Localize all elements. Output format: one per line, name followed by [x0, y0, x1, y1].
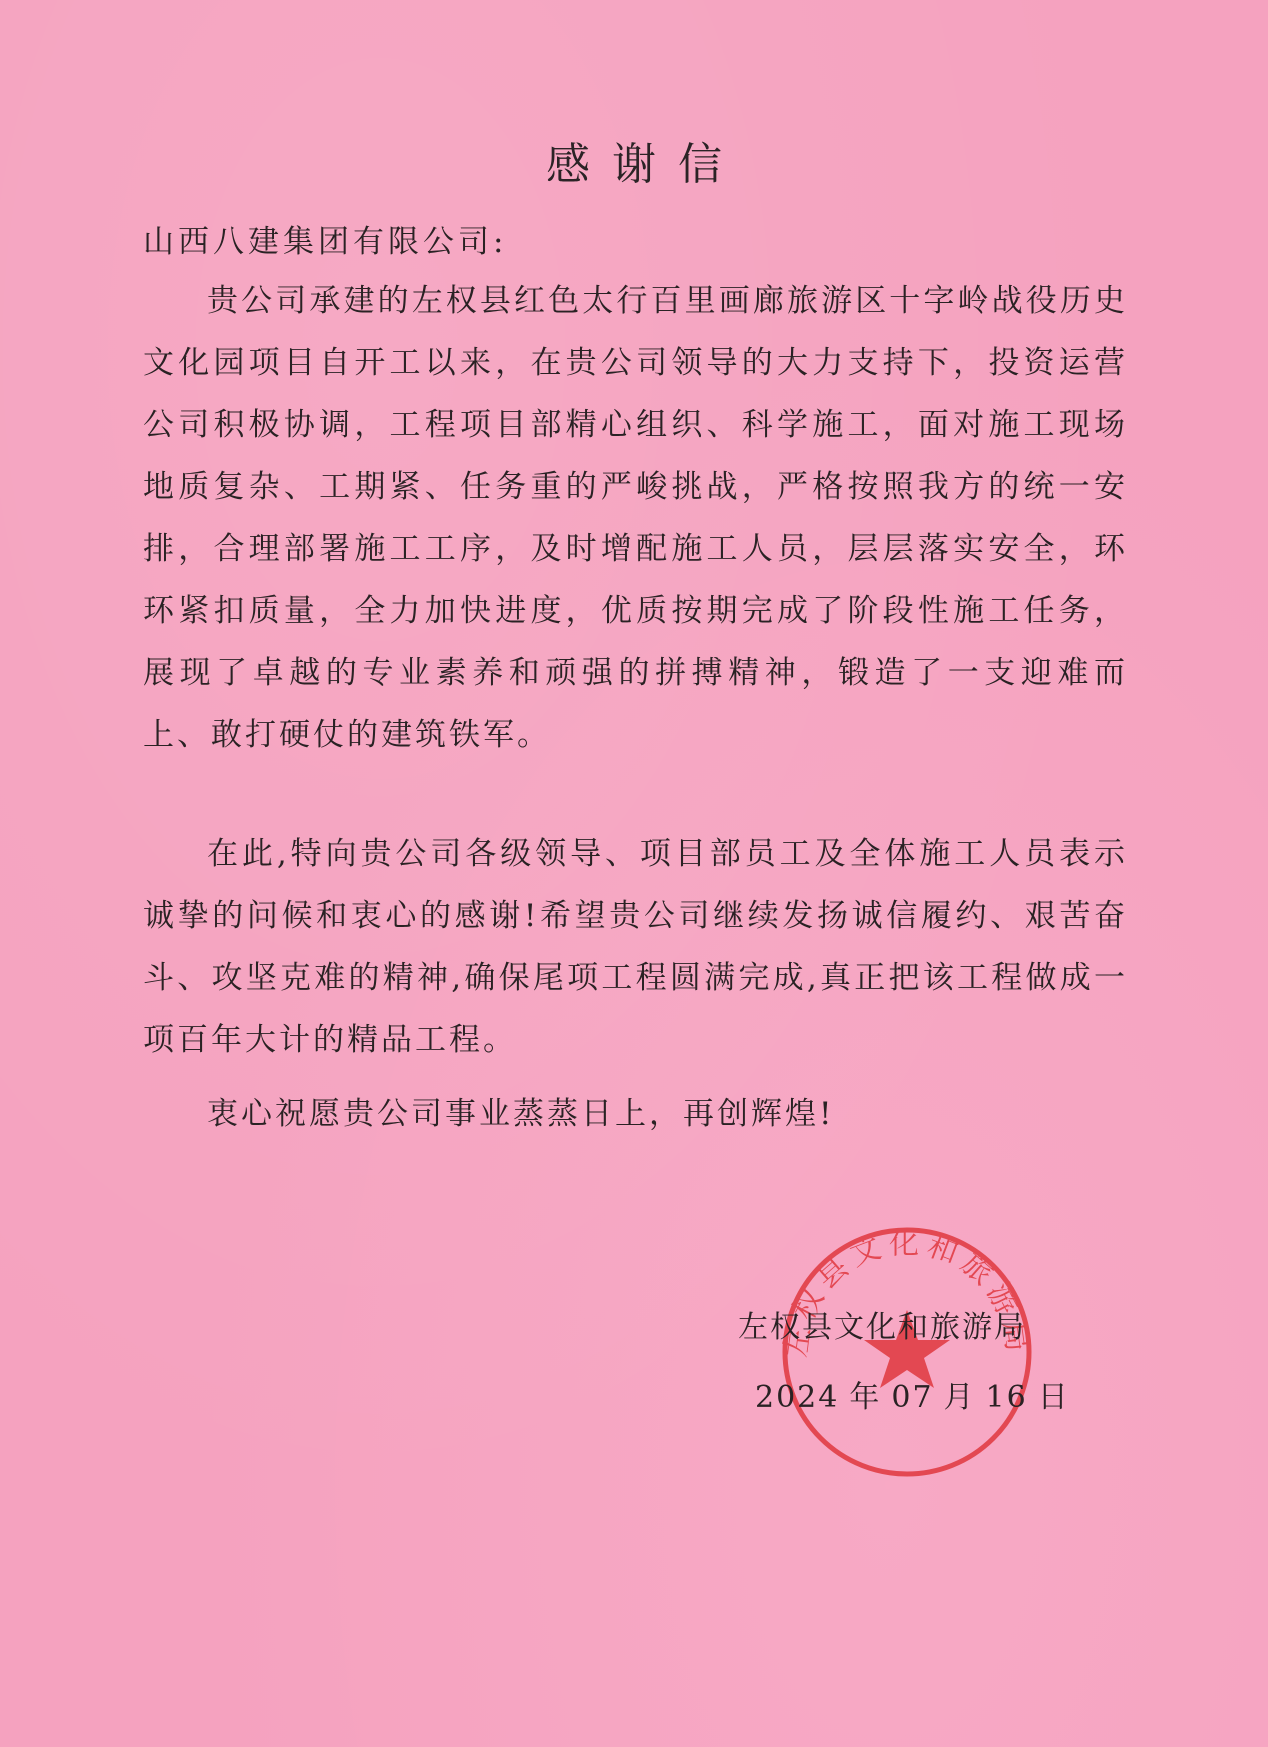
body-paragraph-2: 在此,特向贵公司各级领导、项目部员工及全体施工人员表示诚挚的问候和衷心的感谢!希…	[143, 823, 1128, 1071]
date-month-unit: 月	[944, 1380, 976, 1415]
date-year-unit: 年	[849, 1380, 881, 1415]
salutation: 山西八建集团有限公司:	[143, 216, 507, 261]
body-paragraph-1: 贵公司承建的左权县红色太行百里画廊旅游区十字岭战役历史文化园项目自开工以来，在贵…	[143, 270, 1128, 766]
letter-title: 感谢信	[0, 128, 1268, 192]
letter-paper: 感谢信 山西八建集团有限公司: 贵公司承建的左权县红色太行百里画廊旅游区十字岭战…	[0, 0, 1268, 1747]
signature-date: 2024年07月16日	[755, 1372, 1080, 1416]
date-day: 16	[986, 1380, 1028, 1415]
signer-organization: 左权县文化和旅游局	[738, 1302, 1026, 1346]
date-day-unit: 日	[1038, 1380, 1070, 1415]
date-year: 2024	[755, 1380, 839, 1415]
official-seal: 左权县文化和旅游局	[777, 1222, 1037, 1482]
date-month: 07	[891, 1380, 933, 1415]
closing-wish: 衷心祝愿贵公司事业蒸蒸日上，再创辉煌!	[143, 1083, 1128, 1145]
